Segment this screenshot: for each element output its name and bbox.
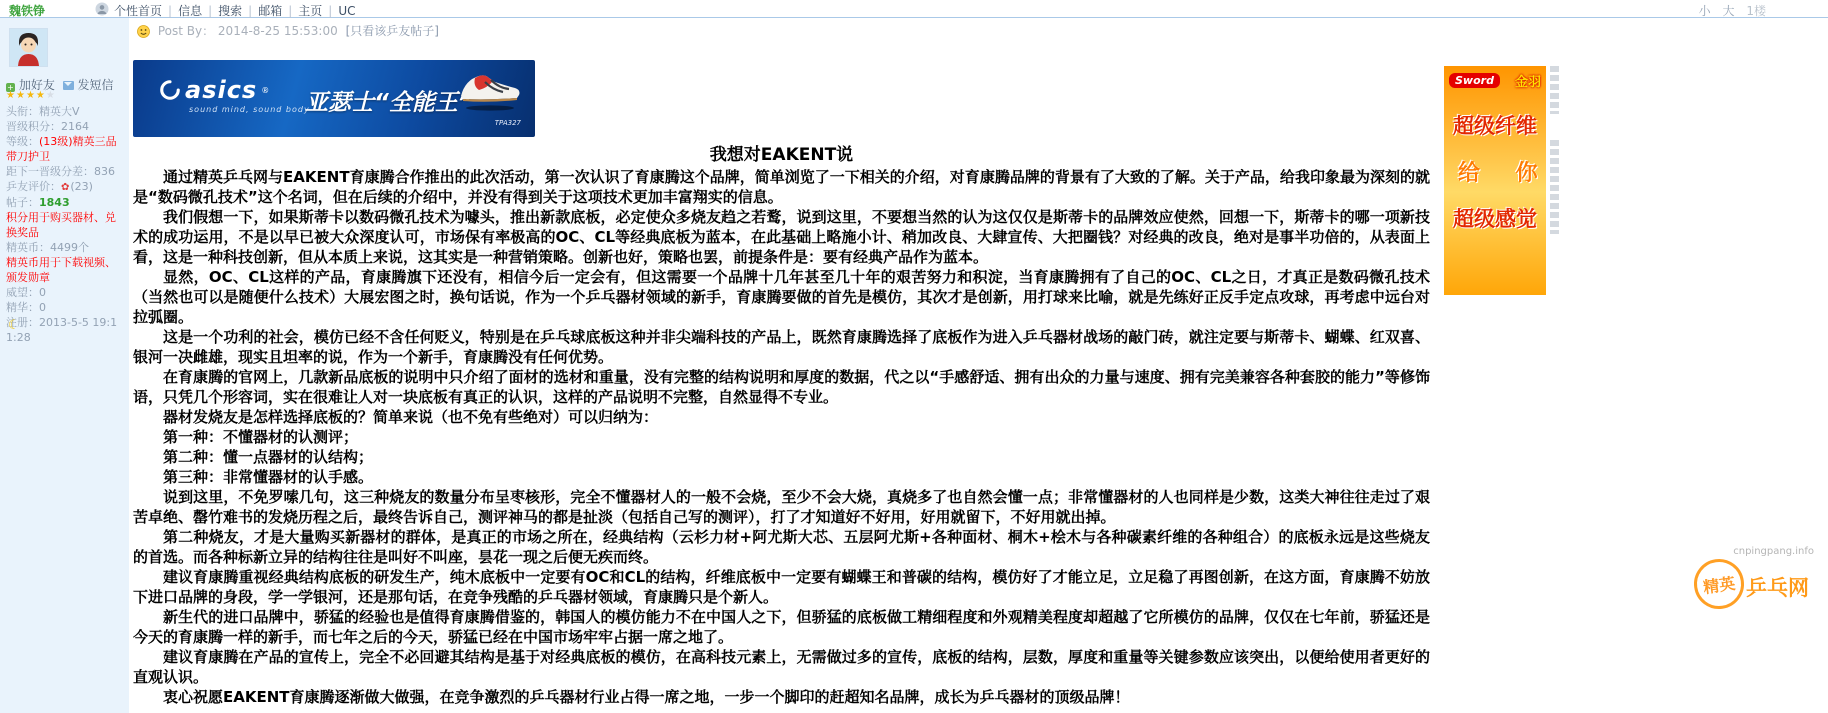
- smiley-icon: [137, 25, 150, 41]
- sidebar-stat: 晋级积分：2164: [6, 119, 124, 134]
- sword-ad-line-1: 超级纤维: [1444, 110, 1546, 140]
- sword-ad-line-2: 给 你: [1444, 156, 1546, 187]
- shoe-model-code: TPA327: [495, 119, 521, 127]
- sidebar-stat: 距下一晋级分差：836: [6, 164, 124, 179]
- watermark-domain: cnpingpang.info: [1733, 546, 1814, 557]
- nav-separator: |: [168, 4, 172, 18]
- nav-item[interactable]: 搜索: [218, 4, 242, 18]
- post-paragraph: 第三种：非常懂器材的认手感。: [133, 467, 1430, 487]
- post-paragraph: 衷心祝愿EAKENT育康腾逐渐做大做强，在竞争激烈的乒乓器材行业占得一席之地，一…: [133, 687, 1430, 707]
- nav-item[interactable]: 信息: [178, 4, 202, 18]
- sidebar-stat: 精英币用于下载视频、颁发勋章: [6, 255, 124, 285]
- send-message-button[interactable]: 发短信: [78, 78, 114, 92]
- star-icon: ★: [6, 90, 16, 101]
- user-stars: ★★★★★: [6, 90, 56, 101]
- post-body: 通过精英乒乓网与EAKENT育康腾合作推出的此次活动，第一次认识了育康腾这个品牌…: [133, 167, 1430, 707]
- asics-brand-text: asics: [185, 76, 257, 104]
- sidebar-stat: 头衔：精英大V: [6, 104, 124, 119]
- user-stats: 头衔：精英大V晋级积分：2164等级：(13级)精英三品带刀护卫距下一晋级分差：…: [6, 104, 124, 345]
- nav-item[interactable]: 主页: [298, 4, 322, 18]
- post-paragraph: 建议育康腾在产品的宣传上，完全不必回避其结构是基于对经典底板的模仿，在高科技元素…: [133, 647, 1430, 687]
- star-icon: ★: [36, 90, 46, 101]
- nav-item[interactable]: 邮箱: [258, 4, 282, 18]
- sword-brand-cn: 金羽: [1515, 71, 1541, 90]
- member-avatar-icon: [95, 1, 109, 15]
- font-size-small-button[interactable]: 小: [1699, 4, 1711, 18]
- post-paragraph: 通过精英乒乓网与EAKENT育康腾合作推出的此次活动，第一次认识了育康腾这个品牌…: [133, 167, 1430, 207]
- sword-side-ad[interactable]: Sword 金羽 超级纤维 给 你 超级感觉: [1444, 66, 1546, 295]
- topbar-right: 小 大 1楼: [1699, 2, 1766, 19]
- shoe-image: [455, 66, 525, 116]
- right-edge-ad-strip: [1550, 140, 1559, 234]
- moon-icon: ☾: [8, 318, 20, 333]
- sword-logo: Sword: [1449, 73, 1500, 88]
- asics-registered-mark: ®: [261, 86, 269, 95]
- asics-logo-block: asics ® sound mind, sound body: [159, 76, 310, 114]
- star-icon: ★: [26, 90, 36, 101]
- right-edge-ad-strip: [1550, 66, 1559, 114]
- post-paragraph: 第二种：懂一点器材的认结构；: [133, 447, 1430, 467]
- post-title: 我想对EAKENT说: [133, 140, 1430, 165]
- sidebar-stat: 帖子：1843: [6, 195, 124, 210]
- watermark-site-name: 乒乓网: [1746, 572, 1809, 602]
- star-icon: ★: [16, 90, 26, 101]
- sidebar-stat: 精华：0: [6, 300, 124, 315]
- banner-headline: 亚瑟士“全能王”: [305, 84, 473, 117]
- sidebar-stat: 积分用于购买器材、兑换奖品: [6, 210, 124, 240]
- post-datetime: 2014-8-25 15:53:00: [218, 24, 338, 38]
- sidebar-stat: 精英币：4499个: [6, 240, 124, 255]
- star-icon: ★: [46, 90, 56, 101]
- post-by-label: Post By：: [158, 24, 214, 38]
- nav-separator: |: [208, 4, 212, 18]
- post-meta: Post By： 2014-8-25 15:53:00 [只看该乒友帖子]: [137, 22, 439, 41]
- sidebar-stat: 乒友评价：✿(23): [6, 179, 124, 195]
- top-nav: 个性首页|信息|搜索|邮箱|主页|UC: [114, 2, 355, 19]
- asics-banner-ad[interactable]: asics ® sound mind, sound body 亚瑟士“全能王” …: [133, 60, 535, 137]
- sidebar-stat: 等级：(13级)精英三品带刀护卫: [6, 134, 124, 164]
- nav-separator: |: [328, 4, 332, 18]
- post-paragraph: 这是一个功利的社会，模仿已经不含任何贬义，特别是在乒乓球底板这种并非尖端科技的产…: [133, 327, 1430, 367]
- forum-post-page: { "topbar": { "username": "魏铁铮", "nav": …: [0, 0, 1828, 713]
- nav-item[interactable]: 个性首页: [114, 4, 162, 18]
- post-paragraph: 建议育康腾重视经典结构底板的研发生产，纯木底板中一定要有OC和CL的结构，纤维底…: [133, 567, 1430, 607]
- floor-number: 1楼: [1746, 4, 1766, 18]
- post-paragraph: 第一种：不懂器材的认测评；: [133, 427, 1430, 447]
- post-paragraph: 在育康腾的官网上，几款新品底板的说明中只介绍了面材的选材和重量，没有完整的结构说…: [133, 367, 1430, 407]
- sidebar-stat: 威望：0: [6, 285, 124, 300]
- site-logo-icon: 精英: [1691, 556, 1747, 612]
- nav-separator: |: [288, 4, 292, 18]
- asics-tagline: sound mind, sound body: [189, 105, 310, 114]
- font-size-large-button[interactable]: 大: [1723, 4, 1735, 18]
- filter-posts-link[interactable]: [只看该乒友帖子]: [346, 24, 439, 38]
- post-paragraph: 新生代的进口品牌中，骄猛的经验也是值得育康腾借鉴的，韩国人的模仿能力不在中国人之…: [133, 607, 1430, 647]
- post-paragraph: 第二种烧友，才是大量购买新器材的群体，是真正的市场之所在，经典结构（云杉力材+阿…: [133, 527, 1430, 567]
- top-bar: 魏铁铮 个性首页|信息|搜索|邮箱|主页|UC 小 大 1楼: [0, 0, 1828, 18]
- message-icon: [63, 81, 74, 90]
- nav-item[interactable]: UC: [338, 4, 355, 18]
- post-paragraph: 器材发烧友是怎样选择底板的？简单来说（也不免有些绝对）可以归纳为：: [133, 407, 1430, 427]
- post-paragraph: 显然，OC、CL这样的产品，育康腾旗下还没有，相信今后一定会有，但这需要一个品牌…: [133, 267, 1430, 327]
- user-avatar[interactable]: [9, 28, 48, 67]
- sword-ad-line-3: 超级感觉: [1444, 203, 1546, 233]
- post-paragraph: 我们假想一下，如果斯蒂卡以数码微孔技术为噱头，推出新款底板，必定使众多烧友趋之若…: [133, 207, 1430, 267]
- flower-icon: ✿: [61, 182, 69, 193]
- asics-swirl-icon: [159, 79, 181, 101]
- post-paragraph: 说到这里，不免罗嗦几句，这三种烧友的数量分布呈枣核形，完全不懂器材人的一般不会烧…: [133, 487, 1430, 527]
- nav-separator: |: [248, 4, 252, 18]
- sidebar-stat: 注册：2013-5-5 19:11:28: [6, 315, 124, 345]
- site-watermark: cnpingpang.info 精英 乒乓网: [1690, 546, 1820, 612]
- user-sidebar: + 加好友 发短信 ★★★★★ 头衔：精英大V晋级积分：2164等级：(13级)…: [0, 18, 129, 713]
- topbar-username[interactable]: 魏铁铮: [9, 2, 45, 19]
